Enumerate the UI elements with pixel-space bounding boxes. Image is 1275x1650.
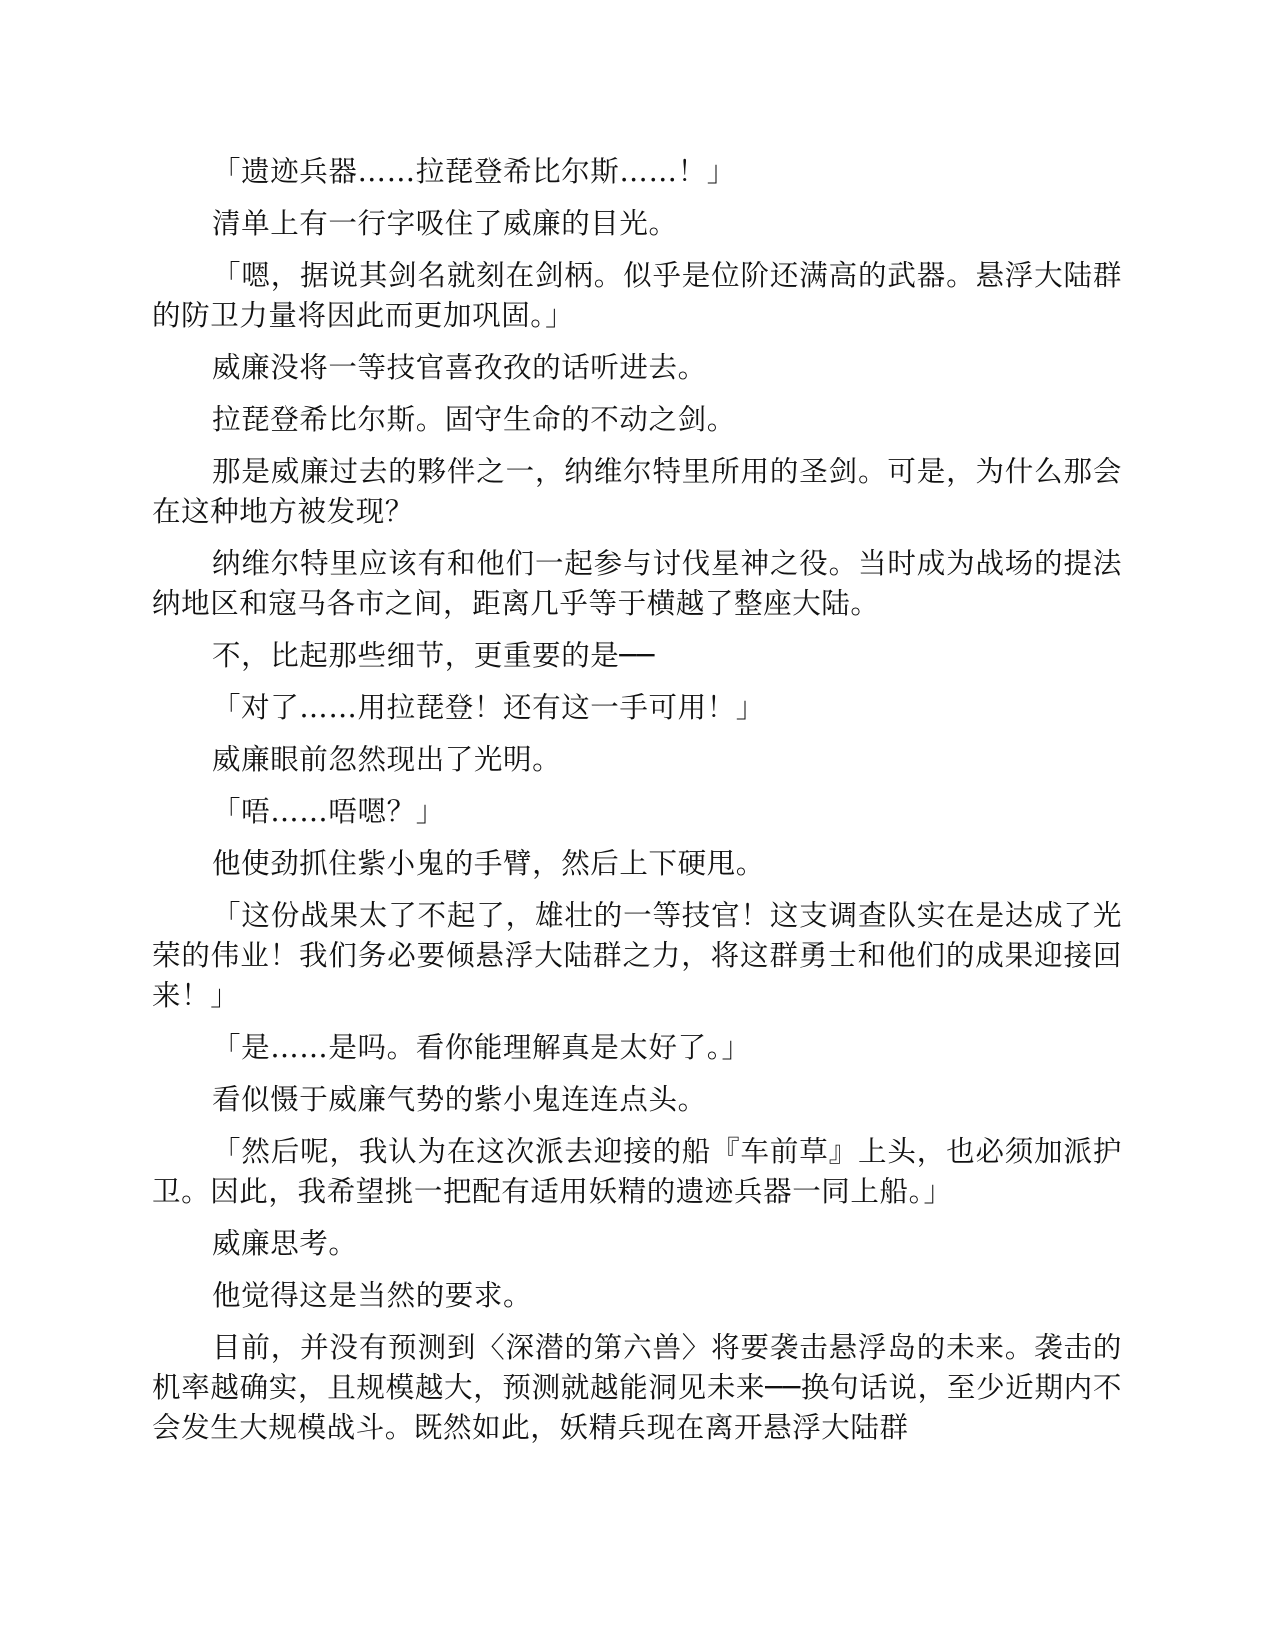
paragraph-nodding: 看似慑于威廉气势的紫小鬼连连点头。 bbox=[152, 1080, 1122, 1120]
paragraph-battle-distance: 纳维尔特里应该有和他们一起参与讨伐星神之役。当时成为战场的提法纳地区和寇马各市之… bbox=[152, 544, 1122, 624]
paragraph-shake-arm: 他使劲抓住紫小鬼的手臂，然后上下硬甩。 bbox=[152, 844, 1122, 884]
paragraph-quote-sword-name: 「嗯，据说其剑名就刻在剑柄。似乎是位阶还满高的武器。悬浮大陆群的防卫力量将因此而… bbox=[152, 256, 1122, 336]
paragraph-quote-use-lapidem: 「对了……用拉琵登！还有这一手可用！」 bbox=[152, 688, 1122, 728]
paragraph-quote-great-achievement: 「这份战果太了不起了，雄壮的一等技官！这支调查队实在是达成了光荣的伟业！我们务必… bbox=[152, 896, 1122, 1016]
paragraph-former-companion: 那是威廉过去的夥伴之一，纳维尔特里所用的圣剑。可是，为什么那会在这种地方被发现？ bbox=[152, 452, 1122, 532]
paragraph-quote-escort-request: 「然后呢，我认为在这次派去迎接的船『车前草』上头，也必须加派护卫。因此，我希望挑… bbox=[152, 1132, 1122, 1212]
paragraph-quote-confused: 「唔……唔嗯？」 bbox=[152, 792, 1122, 832]
paragraph-willem-thinks: 威廉思考。 bbox=[152, 1224, 1122, 1264]
paragraph-natural-request: 他觉得这是当然的要求。 bbox=[152, 1276, 1122, 1316]
paragraph-sword-description: 拉琵登希比尔斯。固守生命的不动之剑。 bbox=[152, 400, 1122, 440]
paragraph-quote-glad-understand: 「是……是吗。看你能理解真是太好了。」 bbox=[152, 1028, 1122, 1068]
paragraph-quote-relic-weapon: 「遗迹兵器……拉琵登希比尔斯……！」 bbox=[152, 152, 1122, 192]
paragraph-list-caught-eye: 清单上有一行字吸住了威廉的目光。 bbox=[152, 204, 1122, 244]
paragraph-willem-not-listening: 威廉没将一等技官喜孜孜的话听进去。 bbox=[152, 348, 1122, 388]
paragraph-sudden-light: 威廉眼前忽然现出了光明。 bbox=[152, 740, 1122, 780]
document-page: 「遗迹兵器……拉琵登希比尔斯……！」 清单上有一行字吸住了威廉的目光。 「嗯，据… bbox=[152, 152, 1122, 1460]
paragraph-more-important: 不，比起那些细节，更重要的是── bbox=[152, 636, 1122, 676]
paragraph-no-prediction: 目前，并没有预测到〈深潜的第六兽〉将要袭击悬浮岛的未来。袭击的机率越确实，且规模… bbox=[152, 1328, 1122, 1448]
